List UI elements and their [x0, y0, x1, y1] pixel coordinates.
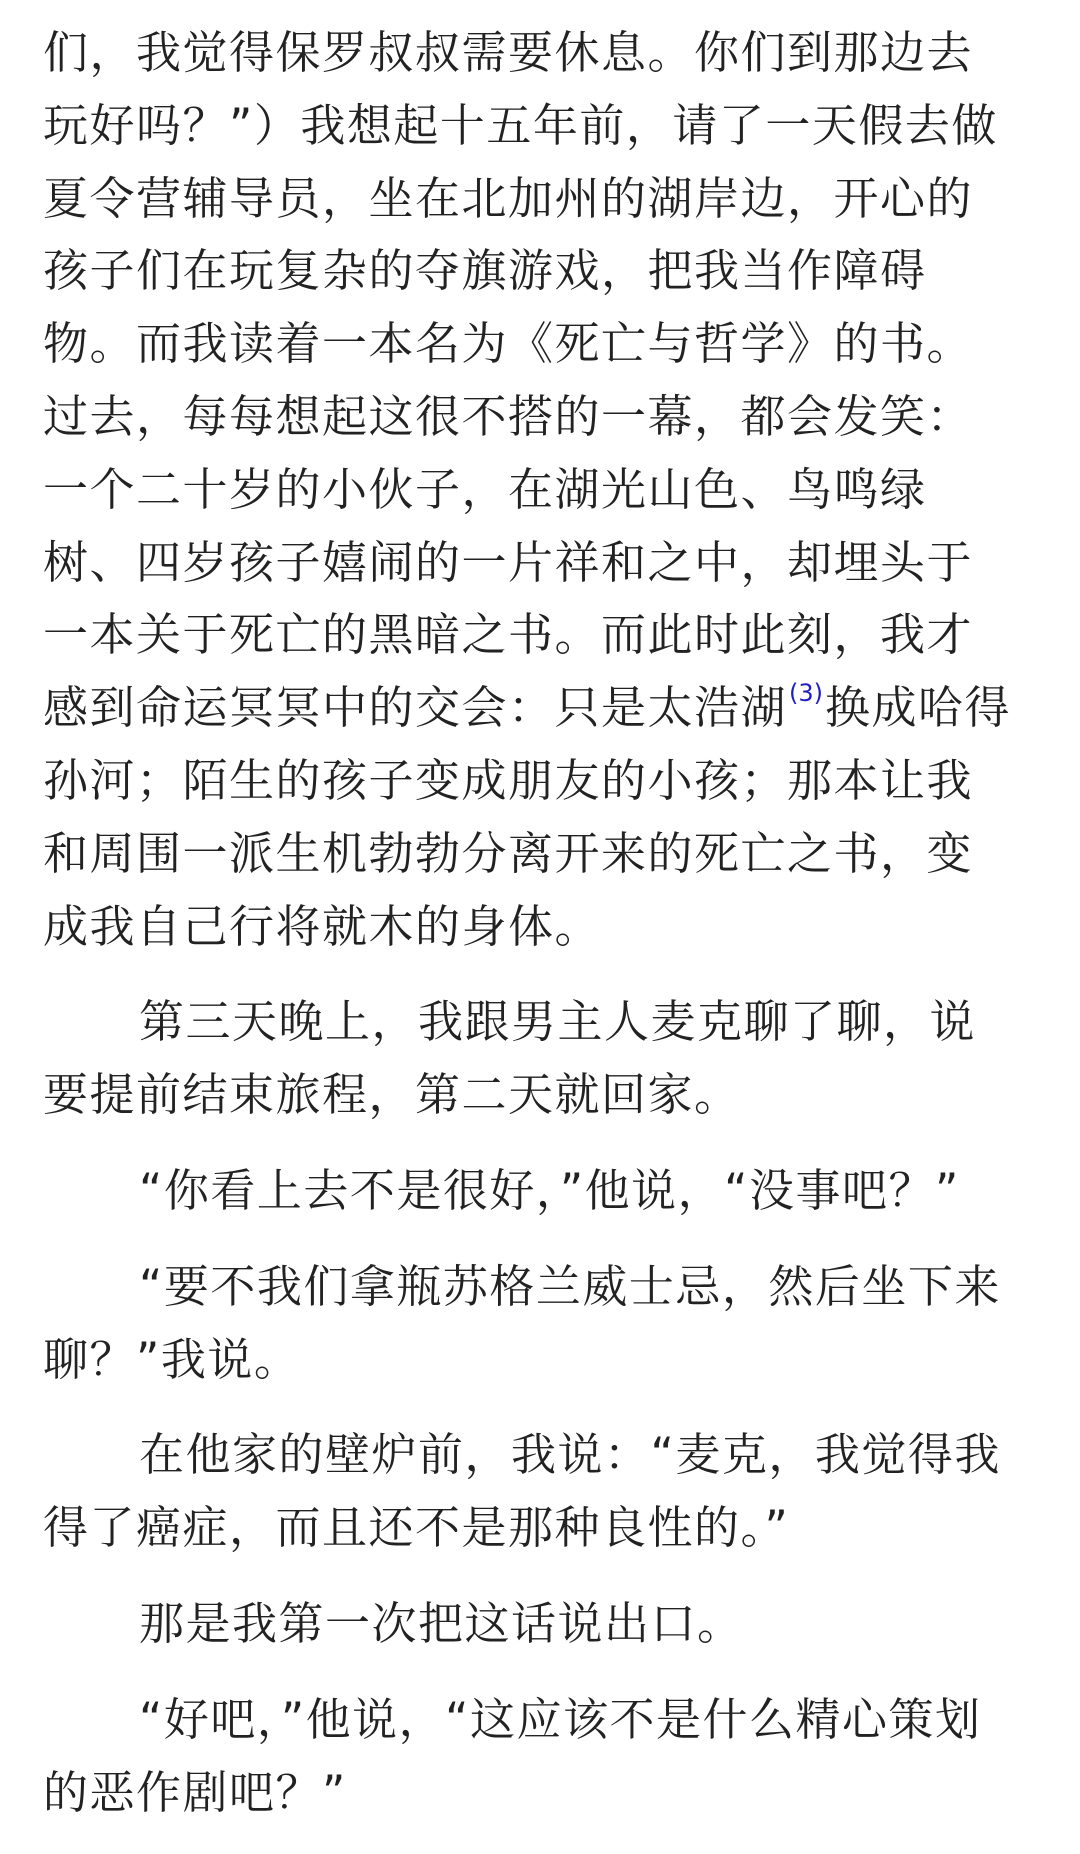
text-line: 物。而我读着一本名为《死亡与哲学》的书。 — [43, 308, 1053, 381]
text-line: “好吧，”他说，“这应该不是什么精心策划 — [43, 1684, 1053, 1757]
text-line: 聊？”我说。 — [43, 1324, 1053, 1397]
paragraph: 在他家的壁炉前，我说：“麦克，我觉得我 得了癌症，而且还不是那种良性的。” — [43, 1419, 1053, 1565]
text-line-with-footnote: 感到命运冥冥中的交会：只是太浩湖(3)换成哈得 — [43, 672, 1053, 745]
text-line: 得了癌症，而且还不是那种良性的。” — [43, 1492, 1053, 1565]
text-line: 孩子们在玩复杂的夺旗游戏，把我当作障碍 — [43, 235, 1053, 308]
footnote-link[interactable]: (3) — [789, 679, 823, 707]
text-line: 玩好吗？”）我想起十五年前，请了一天假去做 — [43, 90, 1053, 163]
text-line: “要不我们拿瓶苏格兰威士忌，然后坐下来 — [43, 1251, 1053, 1324]
paragraph: 们，我觉得保罗叔叔需要休息。你们到那边去 玩好吗？”）我想起十五年前，请了一天假… — [43, 17, 1053, 963]
paragraph: “你看上去不是很好，”他说，“没事吧？” — [43, 1155, 1053, 1228]
text-segment: 感到命运冥冥中的交会：只是太浩湖 — [43, 681, 787, 734]
text-line: “你看上去不是很好，”他说，“没事吧？” — [43, 1155, 1053, 1228]
text-line: 的恶作剧吧？” — [43, 1757, 1053, 1830]
text-line: 成我自己行将就木的身体。 — [43, 891, 1053, 964]
text-line: 树、四岁孩子嬉闹的一片祥和之中，却埋头于 — [43, 527, 1053, 600]
paragraph: 那是我第一次把这话说出口。 — [43, 1588, 1053, 1661]
text-line: 夏令营辅导员，坐在北加州的湖岸边，开心的 — [43, 163, 1053, 236]
paragraph: “要不我们拿瓶苏格兰威士忌，然后坐下来 聊？”我说。 — [43, 1251, 1053, 1397]
text-line: 一本关于死亡的黑暗之书。而此时此刻，我才 — [43, 599, 1053, 672]
text-line: 和周围一派生机勃勃分离开来的死亡之书，变 — [43, 818, 1053, 891]
paragraph: 第三天晚上，我跟男主人麦克聊了聊，说 要提前结束旅程，第二天就回家。 — [43, 986, 1053, 1132]
text-line: 在他家的壁炉前，我说：“麦克，我觉得我 — [43, 1419, 1053, 1492]
text-line: 那是我第一次把这话说出口。 — [43, 1588, 1053, 1661]
text-line: 孙河；陌生的孩子变成朋友的小孩；那本让我 — [43, 745, 1053, 818]
text-line: 过去，每每想起这很不搭的一幕，都会发笑： — [43, 381, 1053, 454]
paragraph: “好吧，”他说，“这应该不是什么精心策划 的恶作剧吧？” — [43, 1684, 1053, 1830]
text-line: 一个二十岁的小伙子，在湖光山色、鸟鸣绿 — [43, 454, 1053, 527]
text-line: 们，我觉得保罗叔叔需要休息。你们到那边去 — [43, 17, 1053, 90]
text-segment: 换成哈得 — [825, 681, 1011, 734]
text-line: 第三天晚上，我跟男主人麦克聊了聊，说 — [43, 986, 1053, 1059]
article-body: 们，我觉得保罗叔叔需要休息。你们到那边去 玩好吗？”）我想起十五年前，请了一天假… — [43, 17, 1053, 1852]
text-line: 要提前结束旅程，第二天就回家。 — [43, 1059, 1053, 1132]
